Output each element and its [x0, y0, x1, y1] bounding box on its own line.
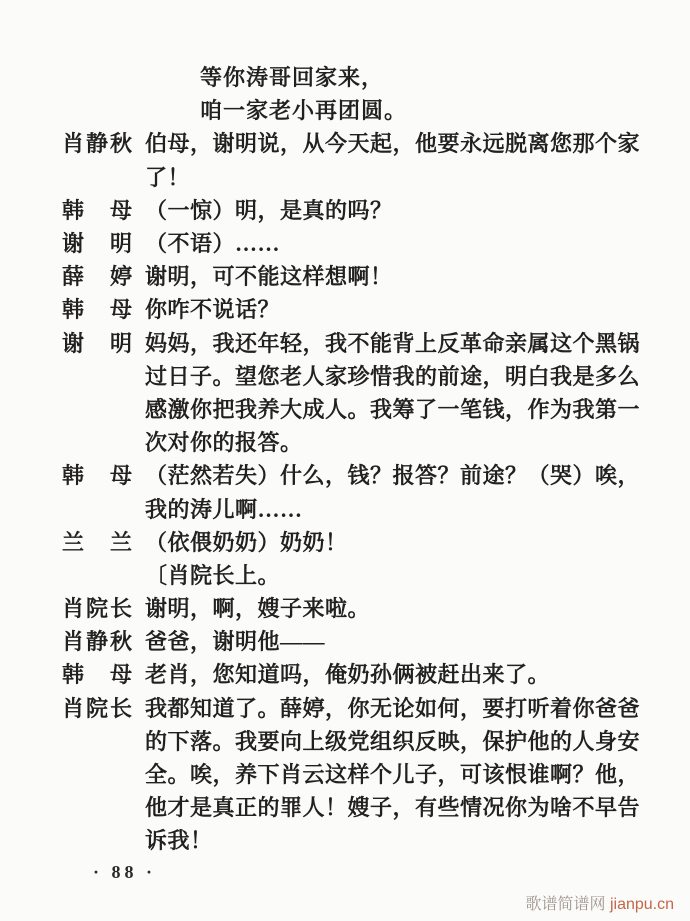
dialogue-line: 全。唉，养下肖云这样个儿子，可该恨谁啊？他， [145, 757, 690, 790]
dialogue-line: 诉我！ [145, 823, 690, 856]
dialogue-line: 他才是真正的罪人！嫂子，有些情况你为啥不早告 [145, 790, 690, 823]
dialogue-line: 你咋不说话？ [145, 292, 690, 325]
dialogue-entry: 谢 明 妈妈，我还年轻，我不能背上反革命亲属这个黑锅 过日子。望您老人家珍惜我的… [0, 326, 690, 459]
dialogue-lines: 伯母，谢明说，从今天起，他要永远脱离您那个家 了！ [145, 126, 690, 192]
speaker-name: 薛 婷 [62, 259, 148, 292]
dialogue-lines: （茫然若失）什么，钱？报答？前途？（哭）唉， 我的涛儿啊…… [145, 458, 690, 524]
script-page: 等你涛哥回家来， 咱一家老小再团圆。 肖静秋 伯母，谢明说，从今天起，他要永远脱… [0, 0, 690, 921]
dialogue-entry: 肖院长 我都知道了。薛婷，你无论如何，要打听着你爸爸 的下落。我要向上级党组织反… [0, 691, 690, 857]
dialogue-entry: 兰 兰 （依偎奶奶）奶奶！ [0, 525, 690, 558]
dialogue-line: 老肖，您知道吗，俺奶孙俩被赶出来了。 [145, 657, 690, 690]
dialogue-entry: 韩 母 你咋不说话？ [0, 292, 690, 325]
dialogue-line: （茫然若失）什么，钱？报答？前途？（哭）唉， [145, 458, 690, 491]
speaker-name [62, 558, 148, 591]
dialogue-line: 爸爸，谢明他—— [145, 624, 690, 657]
stage-direction-line: 〔肖院长上。 [145, 558, 690, 591]
speaker-name: 肖静秋 [62, 624, 148, 657]
speaker-name: 谢 明 [62, 326, 148, 359]
dialogue-entry: 肖院长 谢明，啊，嫂子来啦。 [0, 591, 690, 624]
dialogue-line: 过日子。望您老人家珍惜我的前途，明白我是多么 [145, 359, 690, 392]
dialogue-entry: 谢 明 （不语）…… [0, 226, 690, 259]
dialogue-line: （依偎奶奶）奶奶！ [145, 525, 690, 558]
speaker-name: 韩 母 [62, 193, 148, 226]
dialogue-entry: 韩 母 （茫然若失）什么，钱？报答？前途？（哭）唉， 我的涛儿啊…… [0, 458, 690, 524]
dialogue-line: 谢明，可不能这样想啊！ [145, 259, 690, 292]
watermark-site-name: 歌谱简谱网 [525, 896, 605, 913]
speaker-name: 肖院长 [62, 591, 148, 624]
watermark-site-url: jianpu.cn [610, 896, 674, 913]
dialogue-line: （一惊）明，是真的吗？ [145, 193, 690, 226]
page-number: · 88 · [93, 862, 156, 883]
dialogue-line: 了！ [145, 160, 690, 193]
dialogue-lines: 我都知道了。薛婷，你无论如何，要打听着你爸爸 的下落。我要向上级党组织反映，保护… [145, 691, 690, 857]
dialogue-lines: 老肖，您知道吗，俺奶孙俩被赶出来了。 [145, 657, 690, 690]
speaker-name: 韩 母 [62, 292, 148, 325]
speaker-name: 谢 明 [62, 226, 148, 259]
dialogue-lines: （一惊）明，是真的吗？ [145, 193, 690, 226]
dialogue-line: 的下落。我要向上级党组织反映，保护他的人身安 [145, 724, 690, 757]
dialogue-lines: 妈妈，我还年轻，我不能背上反革命亲属这个黑锅 过日子。望您老人家珍惜我的前途，明… [145, 326, 690, 459]
dialogue-line: （不语）…… [145, 226, 690, 259]
dialogue-lines: （依偎奶奶）奶奶！ [145, 525, 690, 558]
dialogue-entry: 薛 婷 谢明，可不能这样想啊！ [0, 259, 690, 292]
script-body: 等你涛哥回家来， 咱一家老小再团圆。 肖静秋 伯母，谢明说，从今天起，他要永远脱… [0, 60, 690, 857]
speaker-name: 兰 兰 [62, 525, 148, 558]
dialogue-entry: 韩 母 老肖，您知道吗，俺奶孙俩被赶出来了。 [0, 657, 690, 690]
dialogue-line: 谢明，啊，嫂子来啦。 [145, 591, 690, 624]
dialogue-lines: （不语）…… [145, 226, 690, 259]
dialogue-line: 次对你的报答。 [145, 425, 690, 458]
stage-direction-lines: 〔肖院长上。 [145, 558, 690, 591]
speaker-name: 韩 母 [62, 458, 148, 491]
speaker-name: 肖静秋 [62, 126, 148, 159]
dialogue-line: 妈妈，我还年轻，我不能背上反革命亲属这个黑锅 [145, 326, 690, 359]
dialogue-lines: 爸爸，谢明他—— [145, 624, 690, 657]
dialogue-line: 伯母，谢明说，从今天起，他要永远脱离您那个家 [145, 126, 690, 159]
dialogue-line: 我都知道了。薛婷，你无论如何，要打听着你爸爸 [145, 691, 690, 724]
stage-direction-entry: 〔肖院长上。 [0, 558, 690, 591]
dialogue-lines: 你咋不说话？ [145, 292, 690, 325]
dialogue-lines: 谢明，可不能这样想啊！ [145, 259, 690, 292]
dialogue-lines: 谢明，啊，嫂子来啦。 [145, 591, 690, 624]
verse-line: 咱一家老小再团圆。 [200, 93, 690, 126]
dialogue-entry: 肖静秋 爸爸，谢明他—— [0, 624, 690, 657]
dialogue-entry: 肖静秋 伯母，谢明说，从今天起，他要永远脱离您那个家 了！ [0, 126, 690, 192]
speaker-name: 韩 母 [62, 657, 148, 690]
dialogue-line: 我的涛儿啊…… [145, 491, 690, 524]
verse-line: 等你涛哥回家来， [200, 60, 690, 93]
speaker-name: 肖院长 [62, 691, 148, 724]
dialogue-line: 感激你把我养大成人。我筹了一笔钱，作为我第一 [145, 392, 690, 425]
watermark: 歌谱简谱网 jianpu.cn [525, 891, 674, 914]
dialogue-entry: 韩 母 （一惊）明，是真的吗？ [0, 193, 690, 226]
